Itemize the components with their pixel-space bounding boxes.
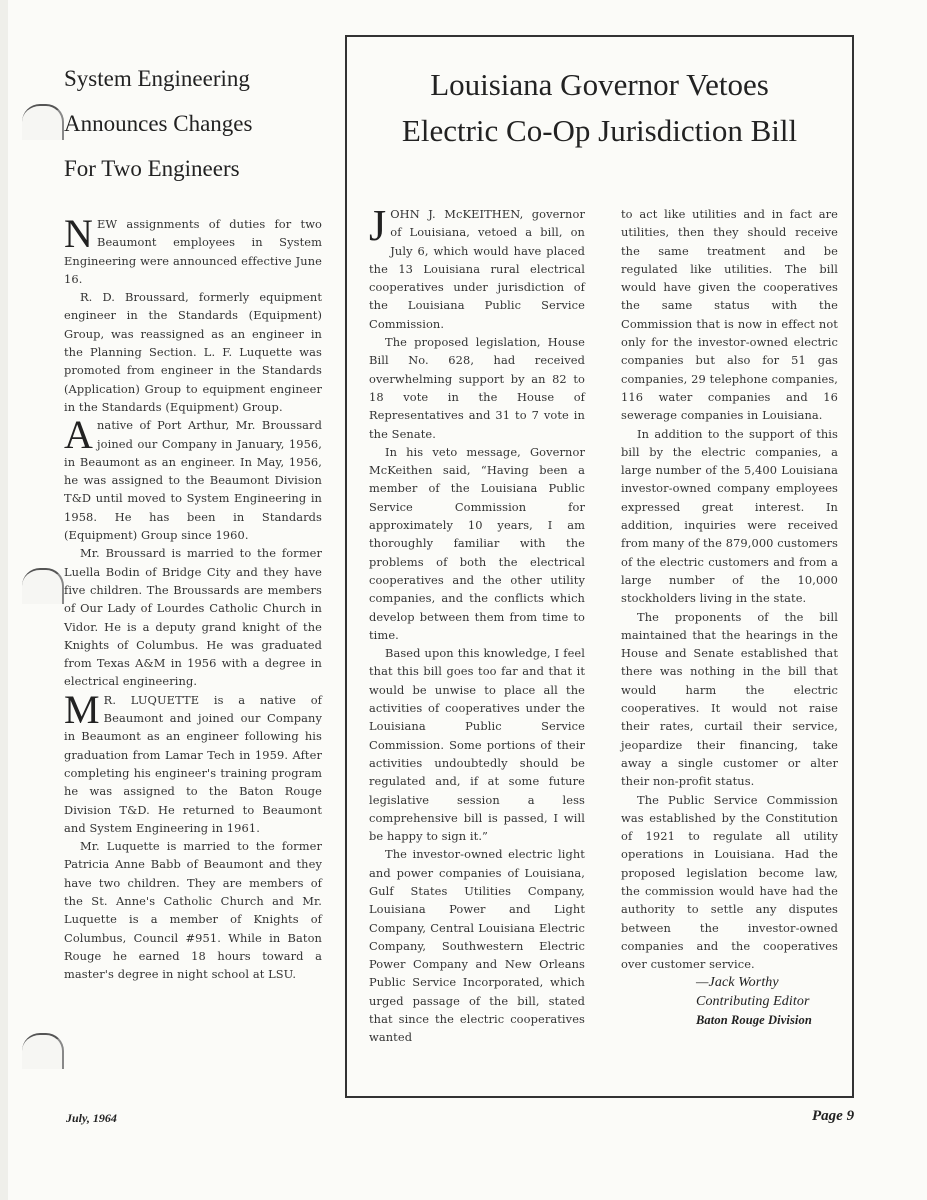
paragraph: The investor-owned electric light and po… (369, 845, 585, 1046)
boxed-article-title: Louisiana Governor Vetoes Electric Co-Op… (347, 62, 852, 154)
paragraph-text: R. LUQUETTE is a native of Beaumont and … (64, 693, 322, 835)
paragraph: The proposed legislation, House Bill No.… (369, 333, 585, 443)
drop-cap: M (64, 694, 100, 726)
paragraph-text: native of Port Arthur, Mr. Broussard joi… (64, 418, 322, 542)
drop-cap: J (369, 208, 386, 244)
left-article: System Engineering Announces Changes For… (64, 56, 322, 983)
paragraph: R. D. Broussard, formerly equipment engi… (64, 288, 322, 416)
footer-page-number: Page 9 (812, 1108, 854, 1125)
paragraph-text: EW assignments of duties for two Beaumon… (64, 217, 322, 286)
paragraph: Based upon this knowledge, I feel that t… (369, 644, 585, 845)
paragraph: JOHN J. McKEITHEN, governor of Louisiana… (369, 205, 585, 333)
boxed-article-column-1: JOHN J. McKEITHEN, governor of Louisiana… (369, 205, 585, 1047)
page-edge (0, 0, 8, 1200)
left-article-body: NEW assignments of duties for two Beaumo… (64, 215, 322, 983)
paragraph: Mr. Broussard is married to the former L… (64, 544, 322, 690)
paragraph: The proponents of the bill maintained th… (621, 608, 838, 791)
title-line: Louisiana Governor Vetoes (347, 62, 852, 108)
paragraph: In his veto message, Governor McKeithen … (369, 443, 585, 644)
paragraph: Mr. Luquette is married to the former Pa… (64, 837, 322, 983)
left-article-title: System Engineering Announces Changes For… (64, 56, 322, 191)
paragraph: NEW assignments of duties for two Beaumo… (64, 215, 322, 288)
title-line: System Engineering (64, 56, 322, 101)
title-line: Electric Co-Op Jurisdiction Bill (347, 108, 852, 154)
author-name: —Jack Worthy (696, 973, 838, 992)
punch-hole-top (22, 104, 64, 140)
author-division: Baton Rouge Division (696, 1011, 838, 1030)
title-line: Announces Changes (64, 101, 322, 146)
author-signature: —Jack Worthy Contributing Editor Baton R… (696, 973, 838, 1030)
punch-hole-middle (22, 568, 64, 604)
drop-cap: A (64, 419, 93, 451)
title-line: For Two Engineers (64, 146, 322, 191)
punch-hole-bottom (22, 1033, 64, 1069)
author-role: Contributing Editor (696, 992, 838, 1011)
paragraph: MR. LUQUETTE is a native of Beaumont and… (64, 691, 322, 837)
footer-date: July, 1964 (66, 1111, 117, 1126)
paragraph: A native of Port Arthur, Mr. Broussard j… (64, 416, 322, 544)
paragraph: In addition to the support of this bill … (621, 425, 838, 608)
paragraph-text: OHN J. McKEITHEN, governor of Louisiana,… (369, 207, 585, 331)
boxed-article-column-2: to act like utilities and in fact are ut… (621, 205, 838, 1030)
paragraph: The Public Service Commission was establ… (621, 791, 838, 974)
paragraph: to act like utilities and in fact are ut… (621, 205, 838, 425)
drop-cap: N (64, 218, 93, 250)
